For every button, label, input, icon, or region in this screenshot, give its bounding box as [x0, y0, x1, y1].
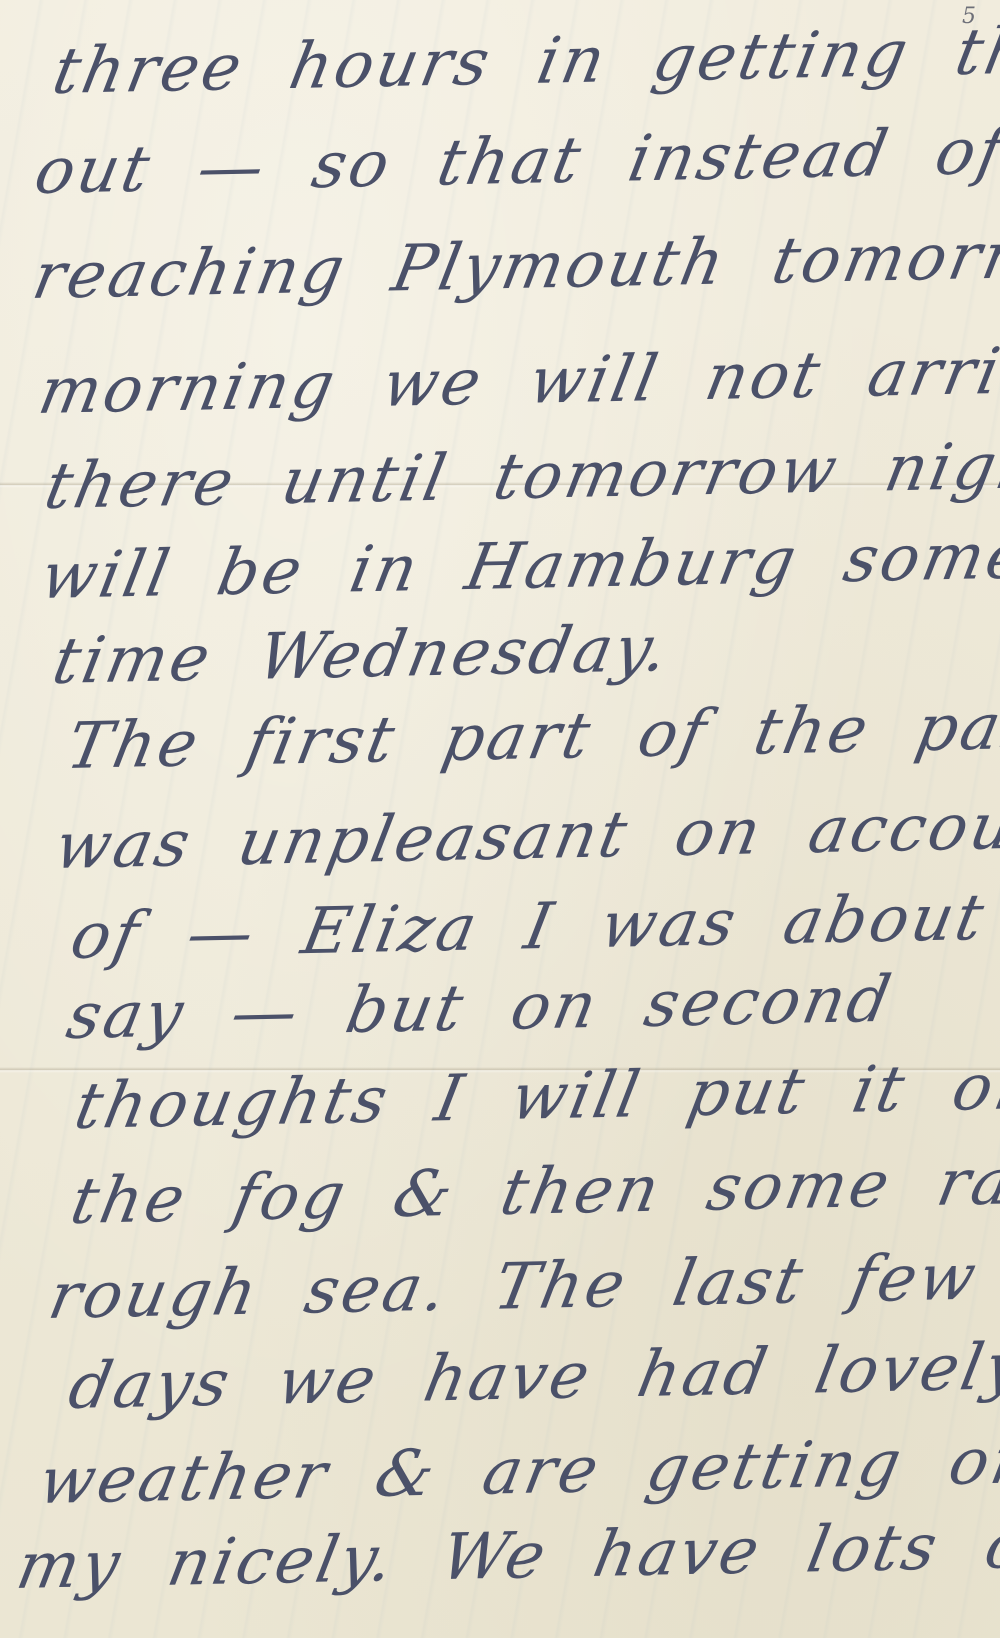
handwritten-line: days we have had lovely — [64, 1335, 1000, 1419]
handwritten-line: out — so that instead of — [30, 120, 1000, 204]
handwritten-line: there until tomorrow night, & — [40, 431, 1000, 519]
handwritten-line: say — but on second — [62, 968, 898, 1049]
handwritten-line: the fog & then some rather — [66, 1147, 1000, 1234]
handwritten-line: reaching Plymouth tomorrow — [28, 222, 1000, 309]
letter-page: 5 three hours in getting them out — so t… — [0, 0, 1000, 1638]
handwritten-line: morning we will not arrive — [34, 338, 1000, 424]
handwritten-line: was unpleasant on account — [50, 793, 1000, 879]
handwritten-line: thoughts I will put it on — [70, 1055, 1000, 1139]
handwritten-line: my nicely. We have lots of — [12, 1513, 1000, 1599]
handwritten-line: of — Eliza I was about to — [66, 884, 1000, 969]
handwritten-line: three hours in getting them — [48, 17, 1000, 104]
handwritten-line: will be in Hamburg some — [36, 524, 1000, 609]
handwritten-line: time Wednesday. — [48, 617, 675, 694]
handwritten-line: weather & are getting on — [34, 1429, 1000, 1514]
handwritten-line: The first part of the passage — [62, 691, 1000, 779]
handwritten-line: rough sea. The last few — [44, 1246, 984, 1329]
